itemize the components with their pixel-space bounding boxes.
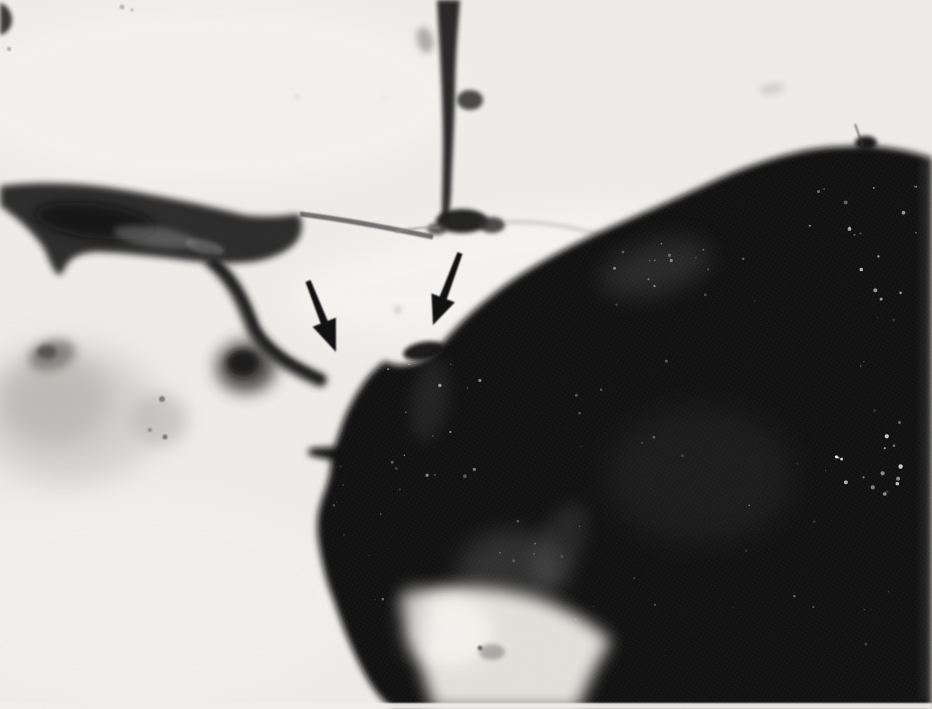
film-grain-overlay (0, 0, 932, 709)
photomicrograph-figure (0, 0, 932, 709)
figure-canvas (0, 0, 932, 709)
